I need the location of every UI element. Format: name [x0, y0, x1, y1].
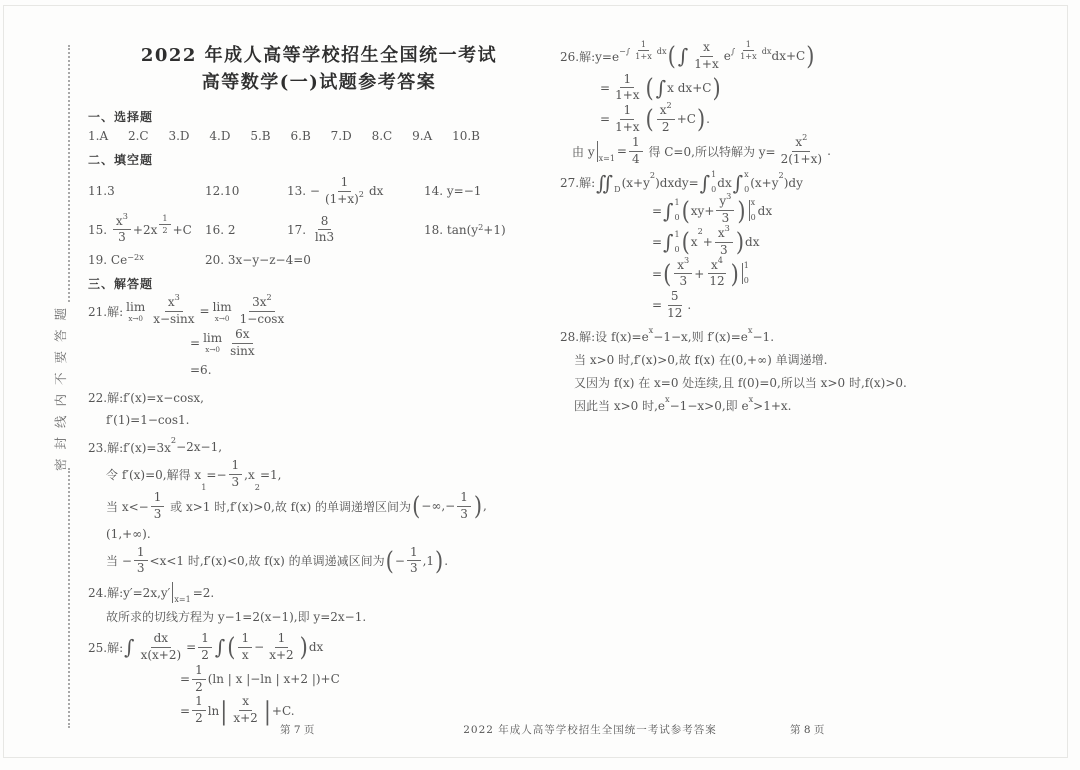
solution-problem: 27.解:∬D(x+y2)dxdy=∫10dx∫x0(x+y2)dy=∫10(x…	[560, 171, 1000, 320]
fill-answer: 17. 8ln3	[287, 215, 424, 246]
solution-problem: 24.解:y′=2x,y′x=1=2.故所求的切线方程为 y−1=2(x−1),…	[88, 581, 550, 627]
choice-answer: 1.A	[88, 129, 108, 143]
fill-answer: 20. 3x−y−z−4=0	[205, 253, 311, 267]
solution-line: 又因为 f(x) 在 x=0 处连续,且 f(0)=0,所以当 x>0 时,f(…	[560, 372, 1000, 394]
solution-line: 25.解:∫dxx(x+2)=12∫(1x−1x+2)dx	[88, 632, 550, 663]
solution-line: =11+x(x22+C).	[560, 104, 1000, 135]
solution-line: =6.	[88, 359, 550, 381]
solution-line: 因此当 x>0 时,ex−1−x>0,即 ex>1+x.	[560, 395, 1000, 417]
solution-line: =limx→06xsinx	[88, 328, 550, 359]
footer-page-number-right: 第 8 页	[790, 722, 824, 737]
solution-line: 由 yx=1=14 得 C=0,所以特解为 y=x22(1+x).	[560, 136, 1000, 167]
exam-title-line2: 高等数学(一)试题参考答案	[88, 69, 550, 96]
fill-answer: 11.3	[88, 184, 205, 198]
fill-answer: 12.10	[205, 184, 287, 198]
choice-answer: 2.C	[128, 129, 149, 143]
fill-answer-row: 11.312.1013. −1(1+x)2dx14. y=−1	[88, 176, 550, 207]
solution-line: =11+x(∫x dx+C)	[560, 73, 1000, 104]
solutions-21-25: 21.解:limx→0x3x−sinx=limx→03x21−cosx=limx…	[88, 296, 550, 726]
solution-line: =512.	[560, 290, 1000, 321]
solution-line: (1,+∞).	[88, 523, 550, 545]
choice-answer: 8.C	[372, 129, 393, 143]
choice-answer: 7.D	[331, 129, 352, 143]
section-title-solve: 三、解答题	[88, 275, 550, 292]
seal-dotted-line-top	[68, 45, 70, 302]
solution-problem: 26.解:y=e−∫11+xdx(∫x1+xe∫11+xdxdx+C)=11+x…	[560, 41, 1000, 166]
choice-answer: 3.D	[168, 129, 189, 143]
choice-answer: 4.D	[209, 129, 230, 143]
solution-line: 当 x<−13 或 x>1 时,f′(x)>0,故 f(x) 的单调递增区间为(…	[88, 491, 550, 522]
choice-answer: 6.B	[291, 129, 311, 143]
solution-line: =(x33+x412)10	[560, 259, 1000, 290]
choice-answer: 9.A	[412, 129, 432, 143]
solution-problem: 28.解:设 f(x)=ex−1−x,则 f′(x)=ex−1.当 x>0 时,…	[560, 326, 1000, 417]
solution-problem: 23.解:f′(x)=3x2−2x−1,令 f′(x)=0,解得 x1=−13,…	[88, 436, 550, 576]
fill-answer: 14. y=−1	[424, 184, 481, 198]
solution-line: =∫10(xy+y33)x0dx	[560, 195, 1000, 226]
solution-line: 26.解:y=e−∫11+xdx(∫x1+xe∫11+xdxdx+C)	[560, 41, 1000, 72]
section-title-fill: 二、填空题	[88, 151, 550, 168]
solution-line: 令 f′(x)=0,解得 x1=−13,x2=1,	[88, 459, 550, 490]
fill-answer: 19. Ce−2x	[88, 253, 205, 267]
fill-answers: 11.312.1013. −1(1+x)2dx14. y=−115. x33+2…	[88, 176, 550, 267]
choice-answers-row: 1.A2.C3.D4.D5.B6.B7.D8.C9.A10.B	[88, 129, 480, 143]
section-title-choice: 一、选择题	[88, 108, 550, 125]
solution-line: 23.解:f′(x)=3x2−2x−1,	[88, 436, 550, 458]
fill-answer: 16. 2	[205, 223, 287, 237]
solution-line: 24.解:y′=2x,y′x=1=2.	[88, 581, 550, 604]
solution-line: 当 x>0 时,f′(x)>0,故 f(x) 在(0,+∞) 单调递增.	[560, 349, 1000, 371]
right-page-column: 26.解:y=e−∫11+xdx(∫x1+xe∫11+xdxdx+C)=11+x…	[560, 40, 1000, 422]
solution-line: 当 −13<x<1 时,f′(x)<0,故 f(x) 的单调递减区间为(−13,…	[88, 546, 550, 577]
seal-line-text: 密封线内不要答题	[51, 299, 69, 471]
solutions-26-28: 26.解:y=e−∫11+xdx(∫x1+xe∫11+xdxdx+C)=11+x…	[560, 41, 1000, 417]
solution-line: =12(ln | x |−ln | x+2 |)+C	[88, 664, 550, 695]
solution-line: =∫10(x2+x33)dx	[560, 227, 1000, 258]
solution-line: 21.解:limx→0x3x−sinx=limx→03x21−cosx	[88, 296, 550, 327]
left-page-column: 2022 年成人高等学校招生全国统一考试 高等数学(一)试题参考答案 一、选择题…	[88, 42, 550, 731]
choice-answer: 10.B	[452, 129, 480, 143]
fill-answer: 15. x33+2x12+C	[88, 215, 205, 246]
solution-line: 22.解:f′(x)=x−cosx,	[88, 386, 550, 408]
solution-line: 故所求的切线方程为 y−1=2(x−1),即 y=2x−1.	[88, 605, 550, 627]
solution-line: f′(1)=1−cos1.	[88, 409, 550, 431]
solution-problem: 25.解:∫dxx(x+2)=12∫(1x−1x+2)dx=12(ln | x …	[88, 632, 550, 726]
solution-problem: 21.解:limx→0x3x−sinx=limx→03x21−cosx=limx…	[88, 296, 550, 381]
fill-answer: 13. −1(1+x)2dx	[287, 176, 424, 207]
solution-line: 28.解:设 f(x)=ex−1−x,则 f′(x)=ex−1.	[560, 326, 1000, 348]
fill-answer-row: 19. Ce−2x20. 3x−y−z−4=0	[88, 253, 550, 267]
choice-answer: 5.B	[250, 129, 270, 143]
fill-answer-row: 15. x33+2x12+C16. 217. 8ln318. tan(y2+1)	[88, 215, 550, 246]
exam-title-line1: 2022 年成人高等学校招生全国统一考试	[88, 42, 550, 69]
solution-problem: 22.解:f′(x)=x−cosx,f′(1)=1−cos1.	[88, 386, 550, 431]
solution-line: 27.解:∬D(x+y2)dxdy=∫10dx∫x0(x+y2)dy	[560, 171, 1000, 194]
footer-exam-caption: 2022 年成人高等学校招生全国统一考试参考答案	[463, 722, 717, 737]
seal-dotted-line-bottom	[68, 468, 70, 728]
footer-page-number-left: 第 7 页	[280, 722, 314, 737]
fill-answer: 18. tan(y2+1)	[424, 223, 506, 237]
